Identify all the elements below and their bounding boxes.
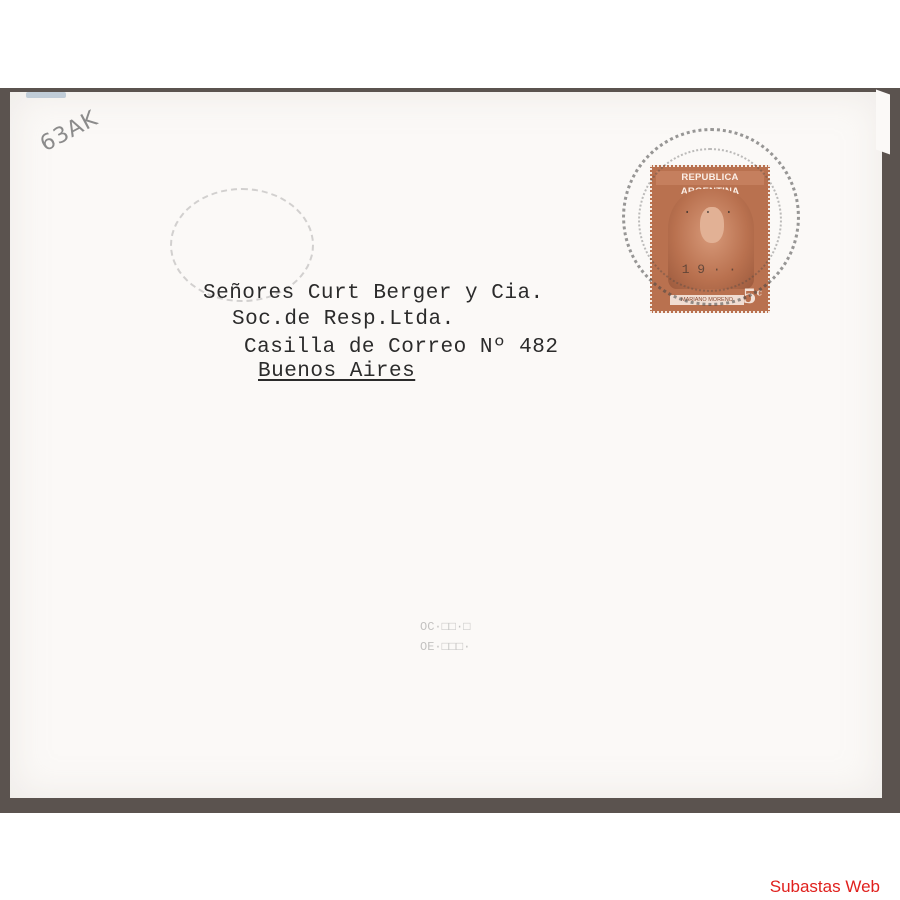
address-line-city: Buenos Aires xyxy=(258,360,415,383)
bleed-through-mark: OC·□□·□ xyxy=(420,620,470,634)
watermark-subastas-web: Subastas Web xyxy=(770,877,880,897)
bleed-through-mark: OE·□□□· xyxy=(420,640,470,654)
postmark-text-bottom: 1 9 · · xyxy=(654,262,764,277)
blue-edge-mark xyxy=(26,92,66,98)
postmark-text-top: · · · xyxy=(654,205,764,221)
address-line-recipient: Señores Curt Berger y Cia. xyxy=(203,282,544,305)
address-line-po-box: Casilla de Correo Nº 482 xyxy=(244,336,558,359)
envelope-corner xyxy=(876,89,890,154)
address-line-company-type: Soc.de Resp.Ltda. xyxy=(232,308,455,331)
